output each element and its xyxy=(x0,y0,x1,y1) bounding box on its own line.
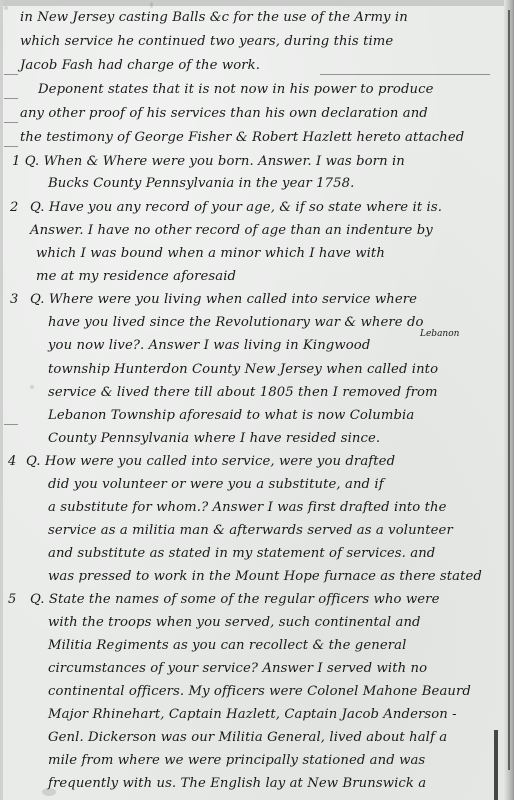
text-line: Q. State the names of some of the regula… xyxy=(30,592,439,607)
text-line: service as a militia man & afterwards se… xyxy=(48,523,453,538)
margin-dash xyxy=(4,122,18,123)
text-line: was pressed to work in the Mount Hope fu… xyxy=(48,569,482,584)
margin-dash xyxy=(4,98,18,99)
text-line: any other proof of his services than his… xyxy=(20,106,428,121)
inserted-word: Lebanon xyxy=(420,329,459,339)
text-line: the testimony of George Fisher & Robert … xyxy=(20,130,464,145)
text-line: with the troops when you served, such co… xyxy=(48,615,421,630)
text-line: 1 Q. When & Where were you born. Answer.… xyxy=(12,154,405,169)
text-line: you now live?. Answer I was living in Ki… xyxy=(48,338,370,353)
text-line: service & lived there till about 1805 th… xyxy=(48,385,438,400)
margin-dash xyxy=(4,74,18,75)
text-line: Deponent states that it is not now in hi… xyxy=(38,82,434,97)
text-line: which I was bound when a minor which I h… xyxy=(36,246,385,261)
text-line: Lebanon Township aforesaid to what is no… xyxy=(48,408,414,423)
question-number: 3 xyxy=(10,292,18,307)
margin-dash xyxy=(4,146,18,147)
text-line: Answer. I have no other record of age th… xyxy=(30,223,433,238)
text-line: mile from where we were principally stat… xyxy=(48,753,425,768)
text-line: Q. Have you any record of your age, & if… xyxy=(30,200,442,215)
ink-speck xyxy=(4,6,8,10)
ink-speck xyxy=(150,2,153,8)
text-line-content: which service he continued two years, du… xyxy=(20,34,393,49)
text-line: in New Jersey casting Balls &c for the u… xyxy=(20,10,408,25)
text-line: County Pennsylvania where I have resided… xyxy=(48,431,380,446)
margin-dash xyxy=(4,424,18,425)
text-line: continental officers. My officers were C… xyxy=(48,684,471,699)
page-left-edge xyxy=(0,0,3,800)
question-number: 5 xyxy=(8,592,16,607)
text-line: did you volunteer or were you a substitu… xyxy=(48,477,384,492)
text-line: Major Rhinehart, Captain Hazlett, Captai… xyxy=(48,707,457,722)
text-line: Bucks County Pennsylvania in the year 17… xyxy=(48,176,354,191)
text-line: have you lived since the Revolutionary w… xyxy=(48,315,424,330)
text-line: and substitute as stated in my statement… xyxy=(48,546,435,561)
text-line: a substitute for whom.? Answer I was fir… xyxy=(48,500,447,515)
ruled-margin-line xyxy=(508,10,510,770)
text-line: Q. How were you called into service, wer… xyxy=(26,454,395,469)
text-line: circumstances of your service? Answer I … xyxy=(48,661,427,676)
ruled-margin-line-lower xyxy=(494,730,498,800)
text-line: me at my residence aforesaid xyxy=(36,269,236,284)
document-page: in New Jersey casting Balls &c for the u… xyxy=(0,0,514,800)
margin-dash xyxy=(320,74,490,75)
text-line: Jacob Fash had charge of the work. xyxy=(20,58,260,73)
page-top-edge xyxy=(0,0,514,6)
text-line: Militia Regiments as you can recollect &… xyxy=(48,638,406,653)
text-line: Genl. Dickerson was our Militia General,… xyxy=(48,730,447,745)
text-line: township Hunterdon County New Jersey whe… xyxy=(48,362,438,377)
text-line: frequently with us. The English lay at N… xyxy=(48,776,426,791)
text-line: which service he continued two years, du… xyxy=(20,34,393,49)
ink-speck xyxy=(30,385,34,389)
question-number: 2 xyxy=(10,200,18,215)
question-number: 4 xyxy=(8,454,16,469)
text-line: Q. Where were you living when called int… xyxy=(30,292,417,307)
